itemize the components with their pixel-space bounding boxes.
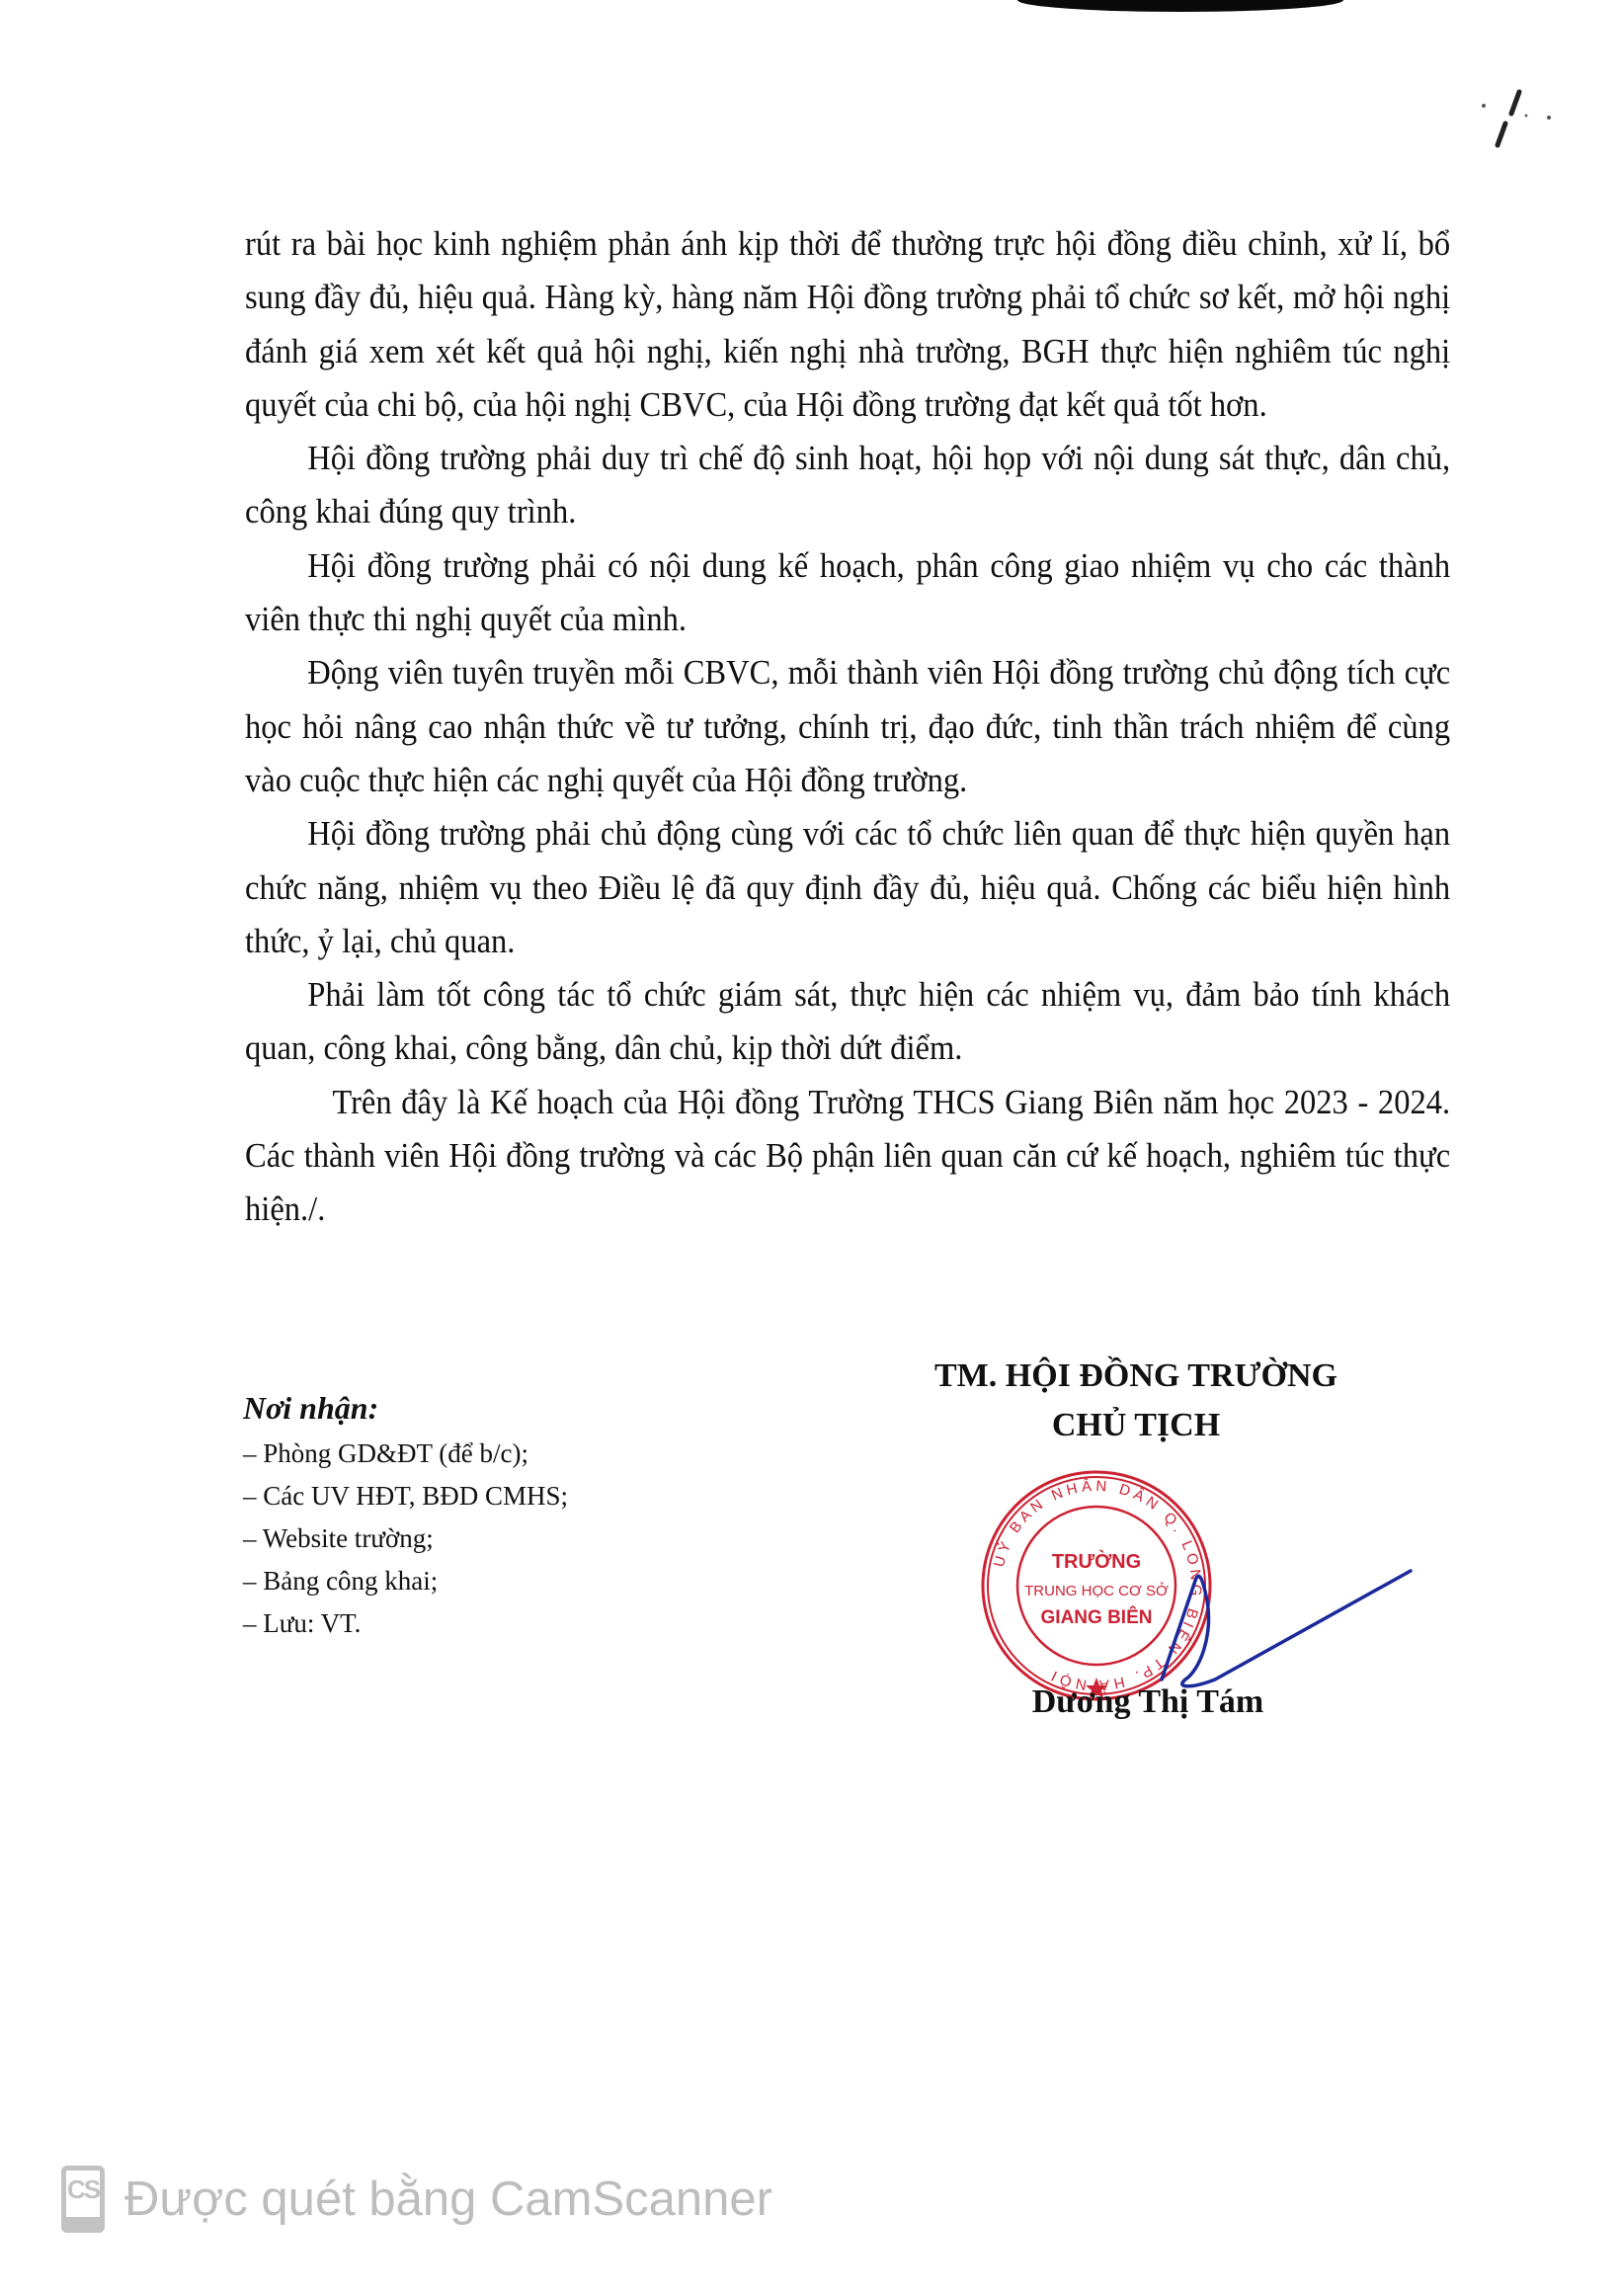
signature-organization: TM. HỘI ĐỒNG TRƯỜNG xyxy=(869,1352,1403,1401)
closing-paragraph: Trên đây là Kế hoạch của Hội đồng Trường… xyxy=(245,1076,1450,1237)
watermark-text: Được quét bằng CamScanner xyxy=(124,2172,772,2227)
pen-mark-icon xyxy=(1472,84,1551,153)
svg-text:TRUNG HỌC CƠ SỞ: TRUNG HỌC CƠ SỞ xyxy=(1024,1582,1169,1599)
signer-name: Dương Thị Tám xyxy=(881,1678,1415,1727)
recipient-item: – Phòng GD&ĐT (để b/c); xyxy=(243,1433,568,1475)
recipient-item: – Các UV HĐT, BĐD CMHS; xyxy=(243,1475,568,1517)
paragraph: Hội đồng trường phải chủ động cùng với c… xyxy=(245,807,1450,968)
recipient-item: – Lưu: VT. xyxy=(243,1602,568,1645)
paragraph: Hội đồng trường phải duy trì chế độ sinh… xyxy=(245,432,1450,539)
svg-text:TRƯỜNG: TRƯỜNG xyxy=(1052,1549,1141,1573)
signature-block: TM. HỘI ĐỒNG TRƯỜNG CHỦ TỊCH xyxy=(869,1352,1403,1450)
document-body: rút ra bài học kinh nghiệm phản ánh kịp … xyxy=(245,217,1450,1237)
svg-text:GIANG BIÊN: GIANG BIÊN xyxy=(1041,1606,1153,1628)
paragraph: Hội đồng trường phải có nội dung kế hoạc… xyxy=(245,539,1450,647)
camscanner-logo-icon: CS xyxy=(61,2166,105,2233)
signature-role: CHỦ TỊCH xyxy=(869,1401,1403,1450)
scan-edge-shadow xyxy=(1017,0,1343,12)
camscanner-watermark: CS Được quét bằng CamScanner xyxy=(61,2166,772,2233)
handwritten-signature-icon xyxy=(1156,1541,1413,1699)
paragraph: Động viên tuyên truyền mỗi CBVC, mỗi thà… xyxy=(245,646,1450,807)
recipient-item: – Website trường; xyxy=(243,1517,568,1560)
recipients-title: Nơi nhận: xyxy=(243,1383,568,1433)
paragraph: rút ra bài học kinh nghiệm phản ánh kịp … xyxy=(245,217,1450,432)
paragraph: Phải làm tốt công tác tổ chức giám sát, … xyxy=(245,968,1450,1076)
recipient-item: – Bảng công khai; xyxy=(243,1560,568,1602)
recipients-block: Nơi nhận: – Phòng GD&ĐT (để b/c); – Các … xyxy=(243,1383,568,1645)
